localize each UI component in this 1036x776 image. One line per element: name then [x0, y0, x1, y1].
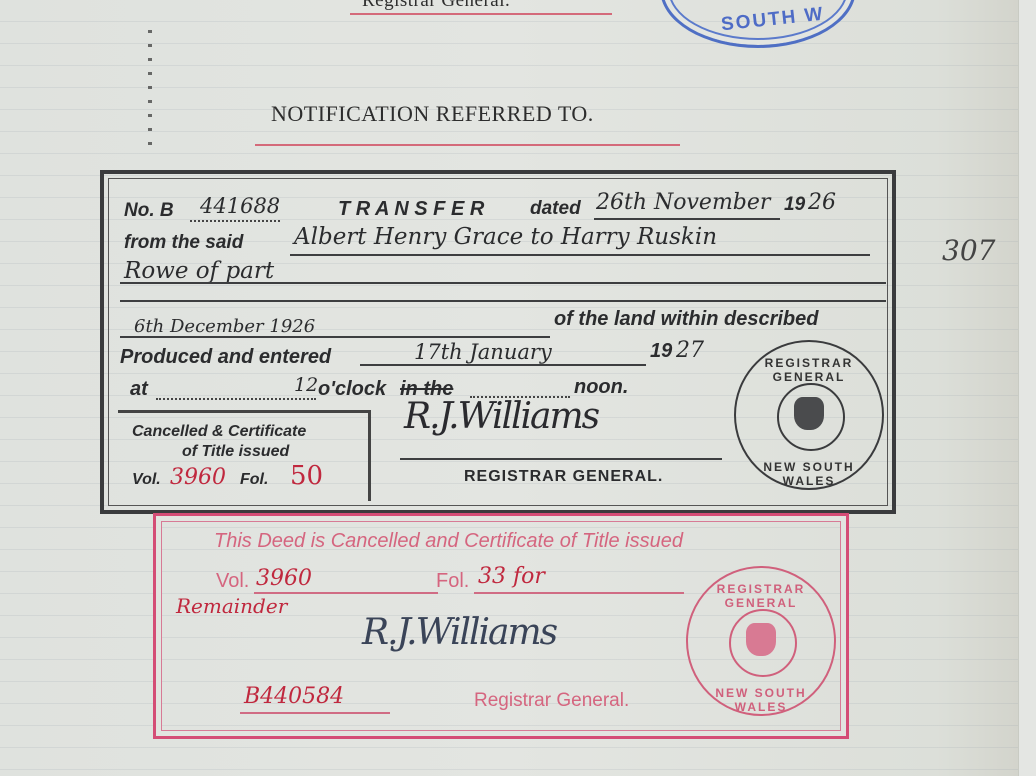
at-line [156, 398, 316, 400]
page-edge [1018, 0, 1036, 776]
seal-top-text: REGISTRAR GENERAL [688, 582, 834, 610]
red-fol-label: Fol. [436, 570, 469, 593]
previous-heading: Registrar General. [362, 0, 510, 12]
number-line [190, 220, 280, 222]
entered-year: 27 [676, 338, 704, 363]
reference-number: B440584 [244, 684, 344, 709]
no-label: No. B [124, 200, 174, 222]
dated-label: dated [530, 198, 581, 220]
reference-line [240, 712, 390, 714]
land-date-line [120, 336, 550, 338]
cancellation-stamp-box: This Deed is Cancelled and Certificate o… [153, 513, 849, 739]
seal-top-text: REGISTRAR GENERAL [736, 356, 882, 384]
remainder-value: Remainder [176, 594, 287, 618]
dated-line [594, 218, 780, 220]
binding-perforation [148, 30, 152, 145]
red-box-signature: R.J.Williams [362, 612, 556, 653]
registrar-seal-black: REGISTRAR GENERAL NEW SOUTH WALES [734, 340, 884, 490]
blue-stamp-text: SOUTH W [720, 4, 825, 37]
coat-of-arms-icon [794, 397, 823, 429]
cancelled-line2: of Title issued [182, 443, 289, 461]
from-line [290, 254, 870, 256]
from-value: Albert Henry Grace to Harry Ruskin [294, 224, 717, 250]
entered-line [360, 364, 646, 366]
margin-page-number: 307 [942, 234, 995, 267]
vol-label: Vol. [132, 471, 161, 489]
cancelled-line1: Cancelled & Certificate [132, 423, 306, 441]
vol-value: 3960 [170, 465, 226, 490]
clock-value: 12 [294, 374, 318, 396]
cancelled-certificate-box: Cancelled & Certificate of Title issued … [118, 410, 371, 501]
entered-year-prefix: 19 [650, 340, 672, 363]
produced-label: Produced and entered [120, 346, 331, 369]
dated-value: 26th November [596, 190, 770, 215]
at-label: at [130, 378, 148, 401]
seal-bottom-text: NEW SOUTH WALES [736, 460, 882, 488]
land-date-value: 6th December 1926 [134, 316, 315, 337]
continuation-value: Rowe of part [124, 258, 274, 284]
red-vol-value: 3960 [256, 566, 312, 591]
red-underline [350, 13, 612, 15]
registrar-title: REGISTRAR GENERAL. [464, 468, 663, 486]
red-vol-label: Vol. [216, 570, 249, 593]
transfer-notification-box: No. B 441688 T R A N S F E R dated 26th … [100, 170, 896, 514]
year-value: 26 [808, 190, 836, 215]
coat-of-arms-icon [746, 623, 775, 655]
signature-line [400, 458, 722, 460]
continuation-line [120, 282, 886, 284]
document-page: Registrar General. SOUTH W NOTIFICATION … [0, 0, 1018, 776]
land-label: of the land within described [554, 308, 818, 331]
blank-line [120, 300, 886, 302]
transfer-label: T R A N S F E R [338, 198, 484, 221]
notification-heading: NOTIFICATION REFERRED TO. [271, 101, 594, 127]
red-underline [255, 144, 680, 146]
registrar-signature: R.J.Williams [404, 396, 598, 437]
red-registrar-title: Registrar General. [474, 690, 629, 712]
from-label: from the said [124, 232, 243, 254]
red-fol-value: 33 for [478, 564, 545, 589]
seal-bottom-text: NEW SOUTH WALES [688, 686, 834, 714]
year-prefix: 19 [784, 194, 805, 216]
fol-label: Fol. [240, 471, 268, 489]
clock-label: o'clock [318, 378, 386, 401]
transfer-number: 441688 [200, 194, 280, 218]
registrar-seal-red: REGISTRAR GENERAL NEW SOUTH WALES [686, 566, 836, 716]
red-fol-line [474, 592, 684, 594]
cancellation-heading: This Deed is Cancelled and Certificate o… [214, 530, 683, 553]
entered-date-value: 17th January [414, 340, 552, 364]
fol-value: 50 [290, 461, 323, 491]
